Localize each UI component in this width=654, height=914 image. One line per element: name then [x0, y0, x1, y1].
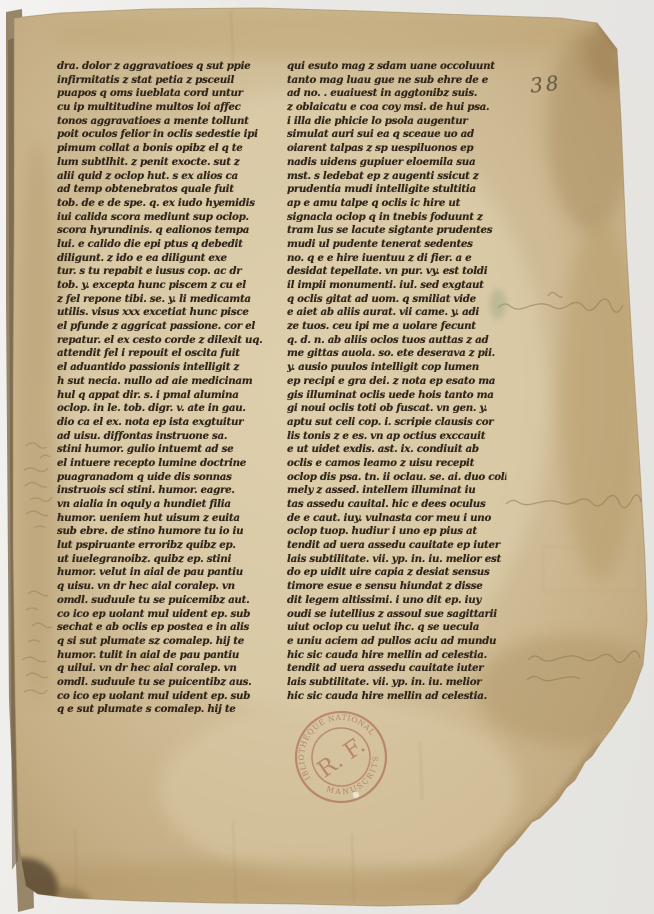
- manuscript-column-left: dra. dolor z aggravatioes q sut ppieinfi…: [57, 60, 287, 724]
- manuscript-column-right: qui esuto mag z sdam uane occoluunttanto…: [287, 60, 513, 712]
- manuscript-text-line: hul q appat dir. s. i pmal alumina: [57, 389, 280, 403]
- manuscript-text-line: e uniu aciem ad pullos aciu ad mundu: [287, 635, 506, 649]
- manuscript-text-line: e ut uidet exdis. ast. ix. condiuit ab: [287, 443, 506, 457]
- manuscript-text-line: aptu sut celi cop. i. scripie clausis co…: [287, 416, 506, 430]
- manuscript-text-line: humor. velut in aial de pau pantiu: [57, 566, 280, 580]
- manuscript-text-line: uiut oclop cu uelut ihc. q se uecula: [287, 621, 506, 635]
- manuscript-text-line: mudi ul pudente tenerat sedentes: [287, 238, 506, 252]
- manuscript-text-line: mely z assed. intellem illuminat iu: [287, 484, 506, 498]
- manuscript-text-line: omdl. suduule tu se puicentibz aus.: [57, 676, 280, 690]
- manuscript-text-line: tanto mag luau gue ne sub ehre de e: [287, 74, 506, 88]
- manuscript-text-line: tram lus se lacute sigtante prudentes: [287, 224, 506, 238]
- manuscript-text-line: oclop. in le. tob. digr. v. ate in gau.: [57, 402, 280, 416]
- manuscript-text-line: tendit ad uera assedu cauitate iuter: [287, 662, 506, 676]
- manuscript-text-line: instruois sci stini. humor. eagre.: [57, 484, 280, 498]
- manuscript-text-line: oiarent talpas z sp uespiluonos ep: [287, 142, 506, 156]
- library-stamp: BIBLIOTHÈQUE NATIONALE MANUSCRITS R. F.: [281, 697, 401, 817]
- manuscript-text-line: q e sut plumate s comalep. hij te: [57, 703, 280, 717]
- manuscript-text-line: lut pspiruante erroribz quibz ep.: [57, 539, 280, 553]
- stamp-center-text: R. F.: [313, 732, 370, 783]
- manuscript-text-line: oclis e camos leamo z uisu recepit: [287, 457, 506, 471]
- manuscript-text-line: pimum collat a bonis opibz el q te: [57, 142, 280, 156]
- manuscript-text-line: hic sic cauda hire mellin ad celestia.: [287, 649, 506, 663]
- manuscript-text-line: ap e amu talpe q oclis ic hire ut: [287, 197, 506, 211]
- manuscript-text-line: lui. e calido die epi ptus q debedit: [57, 238, 280, 252]
- manuscript-text-line: tonos aggravatioes a mente tollunt: [57, 115, 280, 129]
- manuscript-text-line: ep recipi e gra dei. z nota ep esato ma: [287, 375, 506, 389]
- manuscript-text-line: lais subtilitate. vii. yp. in. iu. melio…: [287, 676, 506, 690]
- manuscript-text-line: ad no. . euaiuest in aggtonibz suis.: [287, 87, 506, 101]
- manuscript-text-line: tob. de e de spe. q. ex iudo hyemidis: [57, 197, 280, 211]
- manuscript-text-line: el pfunde z aggricat passione. cor el: [57, 320, 280, 334]
- manuscript-text-line: sub ebre. de stino humore tu io iu: [57, 525, 280, 539]
- manuscript-text-line: sechat e ab oclis ep postea e in alis: [57, 621, 280, 635]
- manuscript-text-line: qui esuto mag z sdam uane occoluunt: [287, 60, 506, 74]
- manuscript-text-line: tur. s tu repabit e iusus cop. ac dr: [57, 265, 280, 279]
- manuscript-text-line: repatur. el ex cesto corde z dilexit uq.: [57, 334, 280, 348]
- manuscript-text-line: el intuere recepto lumine doctrine: [57, 457, 280, 471]
- manuscript-text-line: simulat auri sui ea q sceaue uo ad: [287, 128, 506, 142]
- manuscript-text-line: co ico ep uolant mul uident ep. sub: [57, 690, 280, 704]
- manuscript-text-line: ad temp obtenebratos quale fuit: [57, 183, 280, 197]
- manuscript-text-line: dio ca el ex. nota ep ista exgtuitur: [57, 416, 280, 430]
- manuscript-text-line: dit legem altissimi. i uno dit ep. iuy: [287, 594, 506, 608]
- manuscript-text-line: ad uisu. diffontas instruone sa.: [57, 430, 280, 444]
- manuscript-text-line: omdl. suduule tu se puicemibz aut.: [57, 594, 280, 608]
- manuscript-text-line: oudi se iutellius z assoul sue sagittari…: [287, 608, 506, 622]
- manuscript-text-line: utilis. visus xxx excetiat hunc pisce: [57, 306, 280, 320]
- manuscript-text-line: oclop tuop. hudiur i uno ep pius at: [287, 525, 506, 539]
- manuscript-text-line: do ep uidit uire capia z desiat sensus: [287, 566, 506, 580]
- manuscript-scan: dra. dolor z aggravatioes q sut ppieinfi…: [0, 0, 654, 914]
- manuscript-text-line: tendit ad uera assedu cauitate ep iuter: [287, 539, 506, 553]
- manuscript-text-line: stini humor. gulio intuemt ad se: [57, 443, 280, 457]
- manuscript-text-line: nadis uidens gupiuer eloemila sua: [287, 156, 506, 170]
- manuscript-text-line: q oclis gitat ad uom. q smiliat vide: [287, 293, 506, 307]
- manuscript-text-line: i illa die phicie lo psola augentur: [287, 115, 506, 129]
- manuscript-text-line: gis illuminat oclis uede hois tanto ma: [287, 389, 506, 403]
- manuscript-text-line: dra. dolor z aggravatioes q sut ppie: [57, 60, 280, 74]
- manuscript-text-line: z fel repone tibi. se. y. li medicamta: [57, 293, 280, 307]
- manuscript-text-line: iui calida scora mediunt sup oclop.: [57, 211, 280, 225]
- manuscript-text-line: infirmitatis z stat petia z psceuil: [57, 74, 280, 88]
- manuscript-text-line: tas assedu cauital. hic e dees oculus: [287, 498, 506, 512]
- manuscript-text-line: humor. tulit in aial de pau pantiu: [57, 649, 280, 663]
- manuscript-text-line: il impii monumenti. iul. sed exgtaut: [287, 279, 506, 293]
- manuscript-text-line: ze tuos. ceu ipi me a uolare fecunt: [287, 320, 506, 334]
- manuscript-text-line: tob. y. excepta hunc piscem z cu el: [57, 279, 280, 293]
- manuscript-text-line: q uilui. vn dr hec aial coralep. vn: [57, 662, 280, 676]
- manuscript-text-line: gi noui oclis toti ob fuscat. vn gen. y.: [287, 402, 506, 416]
- manuscript-text-line: attendit fel i repouit el oscita fuit: [57, 347, 280, 361]
- manuscript-text-line: el aduantido passionis intelligit z: [57, 361, 280, 375]
- manuscript-text-line: vn aialia in oquly a hundiet filia: [57, 498, 280, 512]
- manuscript-text-line: prudentia mudi intelligite stultitia: [287, 183, 506, 197]
- manuscript-text-line: de e caut. iuy. vulnasta cor meu i uno: [287, 512, 506, 526]
- manuscript-text-line: lais subtilitate. vii. yp. in. iu. melio…: [287, 553, 506, 567]
- manuscript-text-line: co ico ep uolant mul uident ep. sub: [57, 608, 280, 622]
- manuscript-text-line: q. d. n. ab aliis oclos tuos auttas z ad: [287, 334, 506, 348]
- manuscript-text-line: humor. ueniem hut uisum z euita: [57, 512, 280, 526]
- manuscript-text-line: desidat tepellate. vn pur. vy. est toldi: [287, 265, 506, 279]
- manuscript-text-line: h sut necia. nullo ad aie medicinam: [57, 375, 280, 389]
- manuscript-text-line: y. ausio puulos intelligit cop lumen: [287, 361, 506, 375]
- manuscript-text-line: timore esue e sensu hiundat z disse: [287, 580, 506, 594]
- manuscript-text-line: q uisu. vn dr hec aial coralep. vn: [57, 580, 280, 594]
- manuscript-text-line: scora hyrundinis. q ealionos tempa: [57, 224, 280, 238]
- manuscript-text-line: lis tonis z e es. vn ap octius exccauit: [287, 430, 506, 444]
- folio-number: 38: [529, 70, 563, 97]
- manuscript-text-line: oclop dis psa. tn. ii oclau. se. ai. duo…: [287, 471, 506, 485]
- manuscript-text-line: e aiet ab aliis aurat. vii came. y. adi: [287, 306, 506, 320]
- manuscript-text-line: signacla oclop q in tnebis foduunt z: [287, 211, 506, 225]
- manuscript-text-line: z oblaicatu e coa coy msi. de hui psa.: [287, 101, 506, 115]
- manuscript-text-line: q si sut plumate sz comalep. hij te: [57, 635, 280, 649]
- manuscript-text-line: alii quid z oclop hut. s ex alios ca: [57, 170, 280, 184]
- manuscript-text-line: cu ip multitudine multos loi affec: [57, 101, 280, 115]
- manuscript-text-line: puapos q oms iueblata cord untur: [57, 87, 280, 101]
- manuscript-text-line: poit oculos felior in oclis sedestie ipi: [57, 128, 280, 142]
- manuscript-text-line: lum subtlhit. z penit exocte. sut z: [57, 156, 280, 170]
- manuscript-text-line: puagranadom q uide dis sonnas: [57, 471, 280, 485]
- manuscript-text-line: ut iuelegranoibz. quibz ep. stini: [57, 553, 280, 567]
- manuscript-text-line: no. q e e hire iuentuu z di fier. a e: [287, 252, 506, 266]
- manuscript-text-line: diligunt. z ido e ea diligunt exe: [57, 252, 280, 266]
- manuscript-text-line: me gittas auola. so. ete deserava z pii.: [287, 347, 506, 361]
- manuscript-text-line: mst. s ledebat ep z augenti ssicut z: [287, 170, 506, 184]
